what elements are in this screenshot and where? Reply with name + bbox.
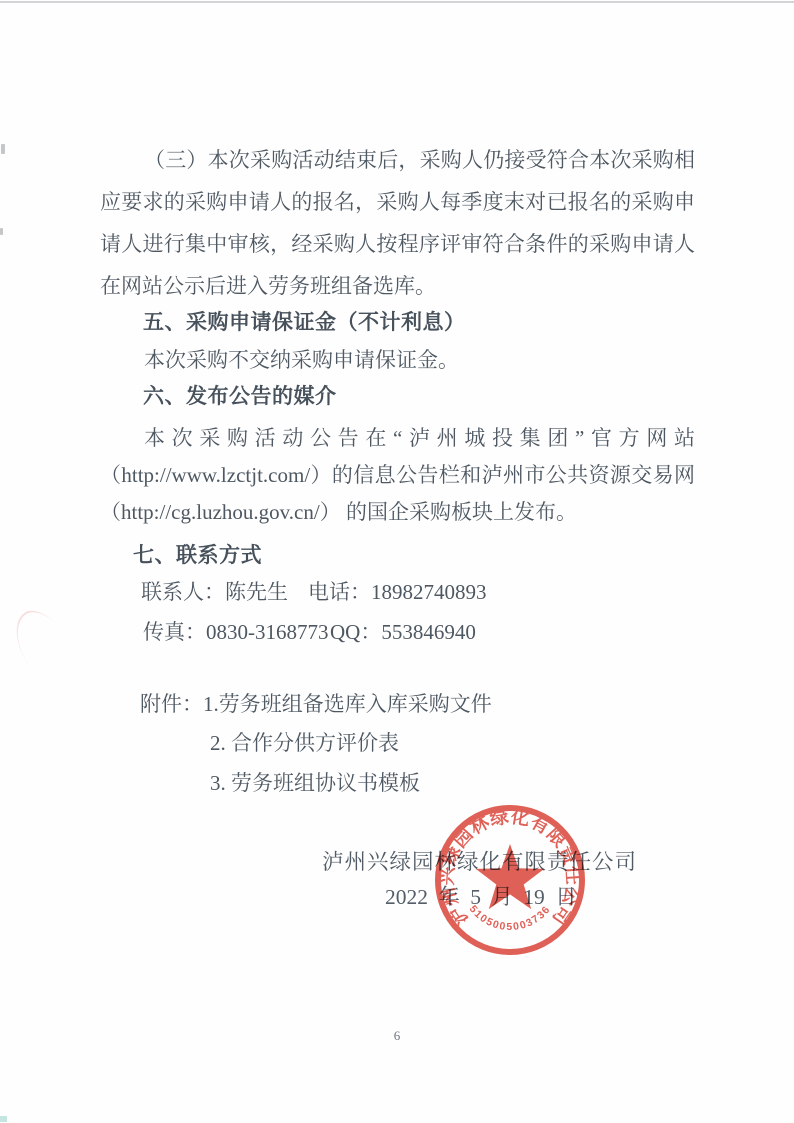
- contact-person-label: 联系人：陈先生: [141, 579, 288, 605]
- attachment-item: 3. 劳务班组协议书模板: [210, 770, 420, 796]
- section-five-heading: 五、采购申请保证金（不计利息）: [143, 310, 466, 336]
- section-six-heading: 六、发布公告的媒介: [143, 384, 337, 410]
- section-five-body: 本次采购不交纳采购申请保证金。: [144, 347, 459, 373]
- attachment-item: 2. 合作分供方评价表: [210, 730, 399, 756]
- attachments-label: 附件：: [140, 692, 203, 716]
- scan-corner-artifact: [0, 1116, 7, 1122]
- contact-qq-label: QQ：553846940: [330, 619, 476, 645]
- scan-edge-artifact: [0, 1, 794, 3]
- section-seven-heading: 七、联系方式: [133, 543, 262, 569]
- document-page: （三）本次采购活动结束后，采购人仍接受符合本次采购相 应要求的采购申请人的报名，…: [0, 0, 794, 1123]
- contact-phone-label: 电话：18982740893: [308, 579, 487, 605]
- scan-speck-artifact: [0, 228, 3, 235]
- seal-serial-number: 5105005003736: [467, 903, 554, 933]
- paragraph-line: 应要求的采购申请人的报名，采购人每季度末对已报名的采购申: [100, 189, 695, 215]
- scan-streak-artifact: [1, 601, 75, 676]
- attachment-item: 1.劳务班组备选库入库采购文件: [203, 692, 492, 716]
- attachments-row: 附件：1.劳务班组备选库入库采购文件: [140, 691, 492, 717]
- company-seal-stamp: 泸州兴绿园林绿化有限责任公司 5105005003736: [423, 793, 597, 967]
- paragraph-line: （三）本次采购活动结束后，采购人仍接受符合本次采购相: [100, 147, 695, 173]
- paragraph-line: 本次采购活动公告在“泸州城投集团”官方网站: [100, 425, 695, 451]
- paragraph-line: （http://cg.luzhou.gov.cn/） 的国企采购板块上发布。: [100, 499, 695, 525]
- paragraph-line: 请人进行集中审核，经采购人按程序评审符合条件的采购申请人: [100, 231, 695, 257]
- seal-star-icon: [476, 844, 544, 909]
- page-number: 6: [0, 1028, 794, 1044]
- scan-speck-artifact: [1, 144, 5, 154]
- contact-fax-label: 传真：0830-3168773: [143, 619, 329, 645]
- paragraph-line: 在网站公示后进入劳务班组备选库。: [100, 273, 695, 299]
- paragraph-line: （http://www.lzctjt.com/）的信息公告栏和泸州市公共资源交易…: [100, 462, 695, 488]
